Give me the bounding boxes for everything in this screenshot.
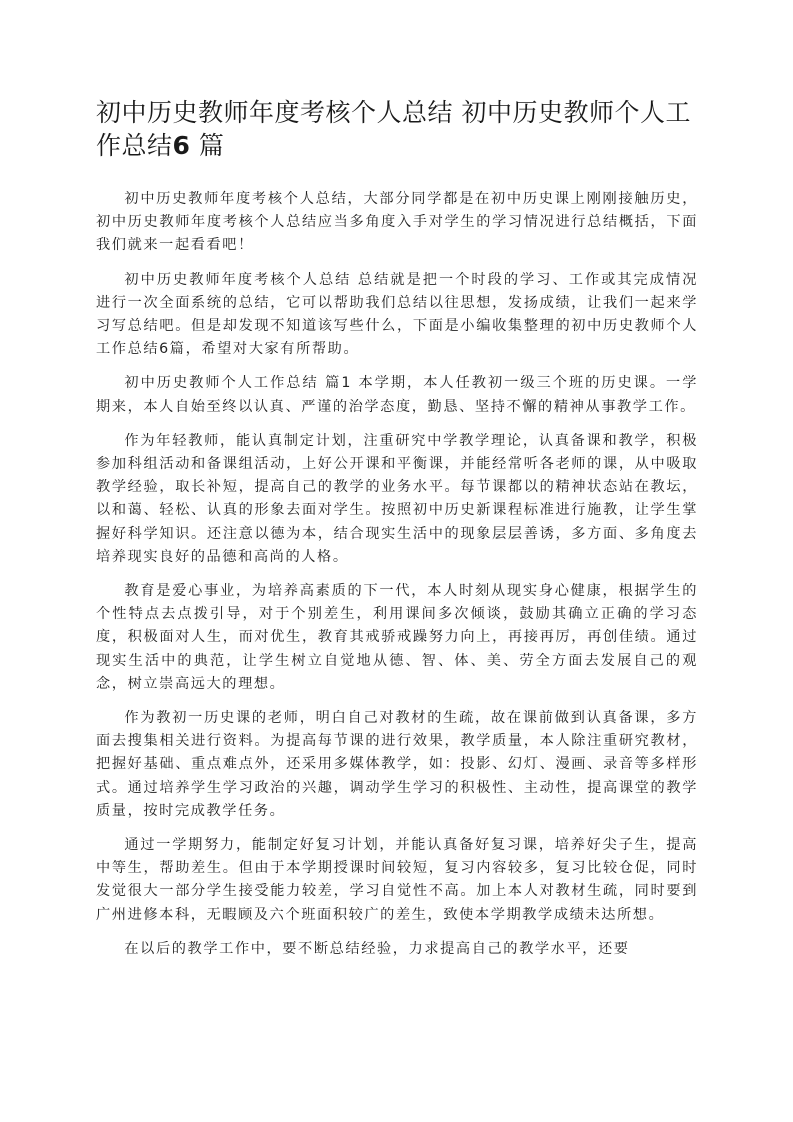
title-text-part2: 篇: [199, 131, 225, 160]
teaching-plan-paragraph: 作为年轻教师，能认真制定计划，注重研究中学教学理论，认真备课和教学，积极参加科组…: [96, 430, 698, 569]
teaching-methods-paragraph: 作为教初一历史课的老师，明白自己对教材的生疏，故在课前做到认真备课，多方面去搜集…: [96, 707, 698, 823]
intro-paragraph: 初中历史教师年度考核个人总结，大部分同学都是在初中历史课上刚刚接触历史，初中历史…: [96, 188, 698, 258]
future-work-paragraph: 在以后的教学工作中，要不断总结经验，力求提高自己的教学水平，还要: [96, 938, 698, 961]
summary-paragraph: 初中历史教师年度考核个人总结 总结就是把一个时段的学习、工作或其完成情况进行一次…: [96, 269, 698, 362]
document-title: 初中历史教师年度考核个人总结 初中历史教师个人工作总结6 篇: [96, 96, 698, 162]
review-plan-paragraph: 通过一学期努力，能制定好复习计划，并能认真备好复习课，培养好尖子生，提高中等生，…: [96, 834, 698, 927]
article-1-opening-paragraph: 初中历史教师个人工作总结 篇1 本学期，本人任教初一级三个班的历史课。一学期来，…: [96, 372, 698, 418]
title-number: 6: [173, 131, 191, 160]
document-page: 初中历史教师年度考核个人总结 初中历史教师个人工作总结6 篇 初中历史教师年度考…: [96, 96, 698, 972]
moral-education-paragraph: 教育是爱心事业，为培养高素质的下一代，本人时刻从现实身心健康，根据学生的个性特点…: [96, 580, 698, 696]
